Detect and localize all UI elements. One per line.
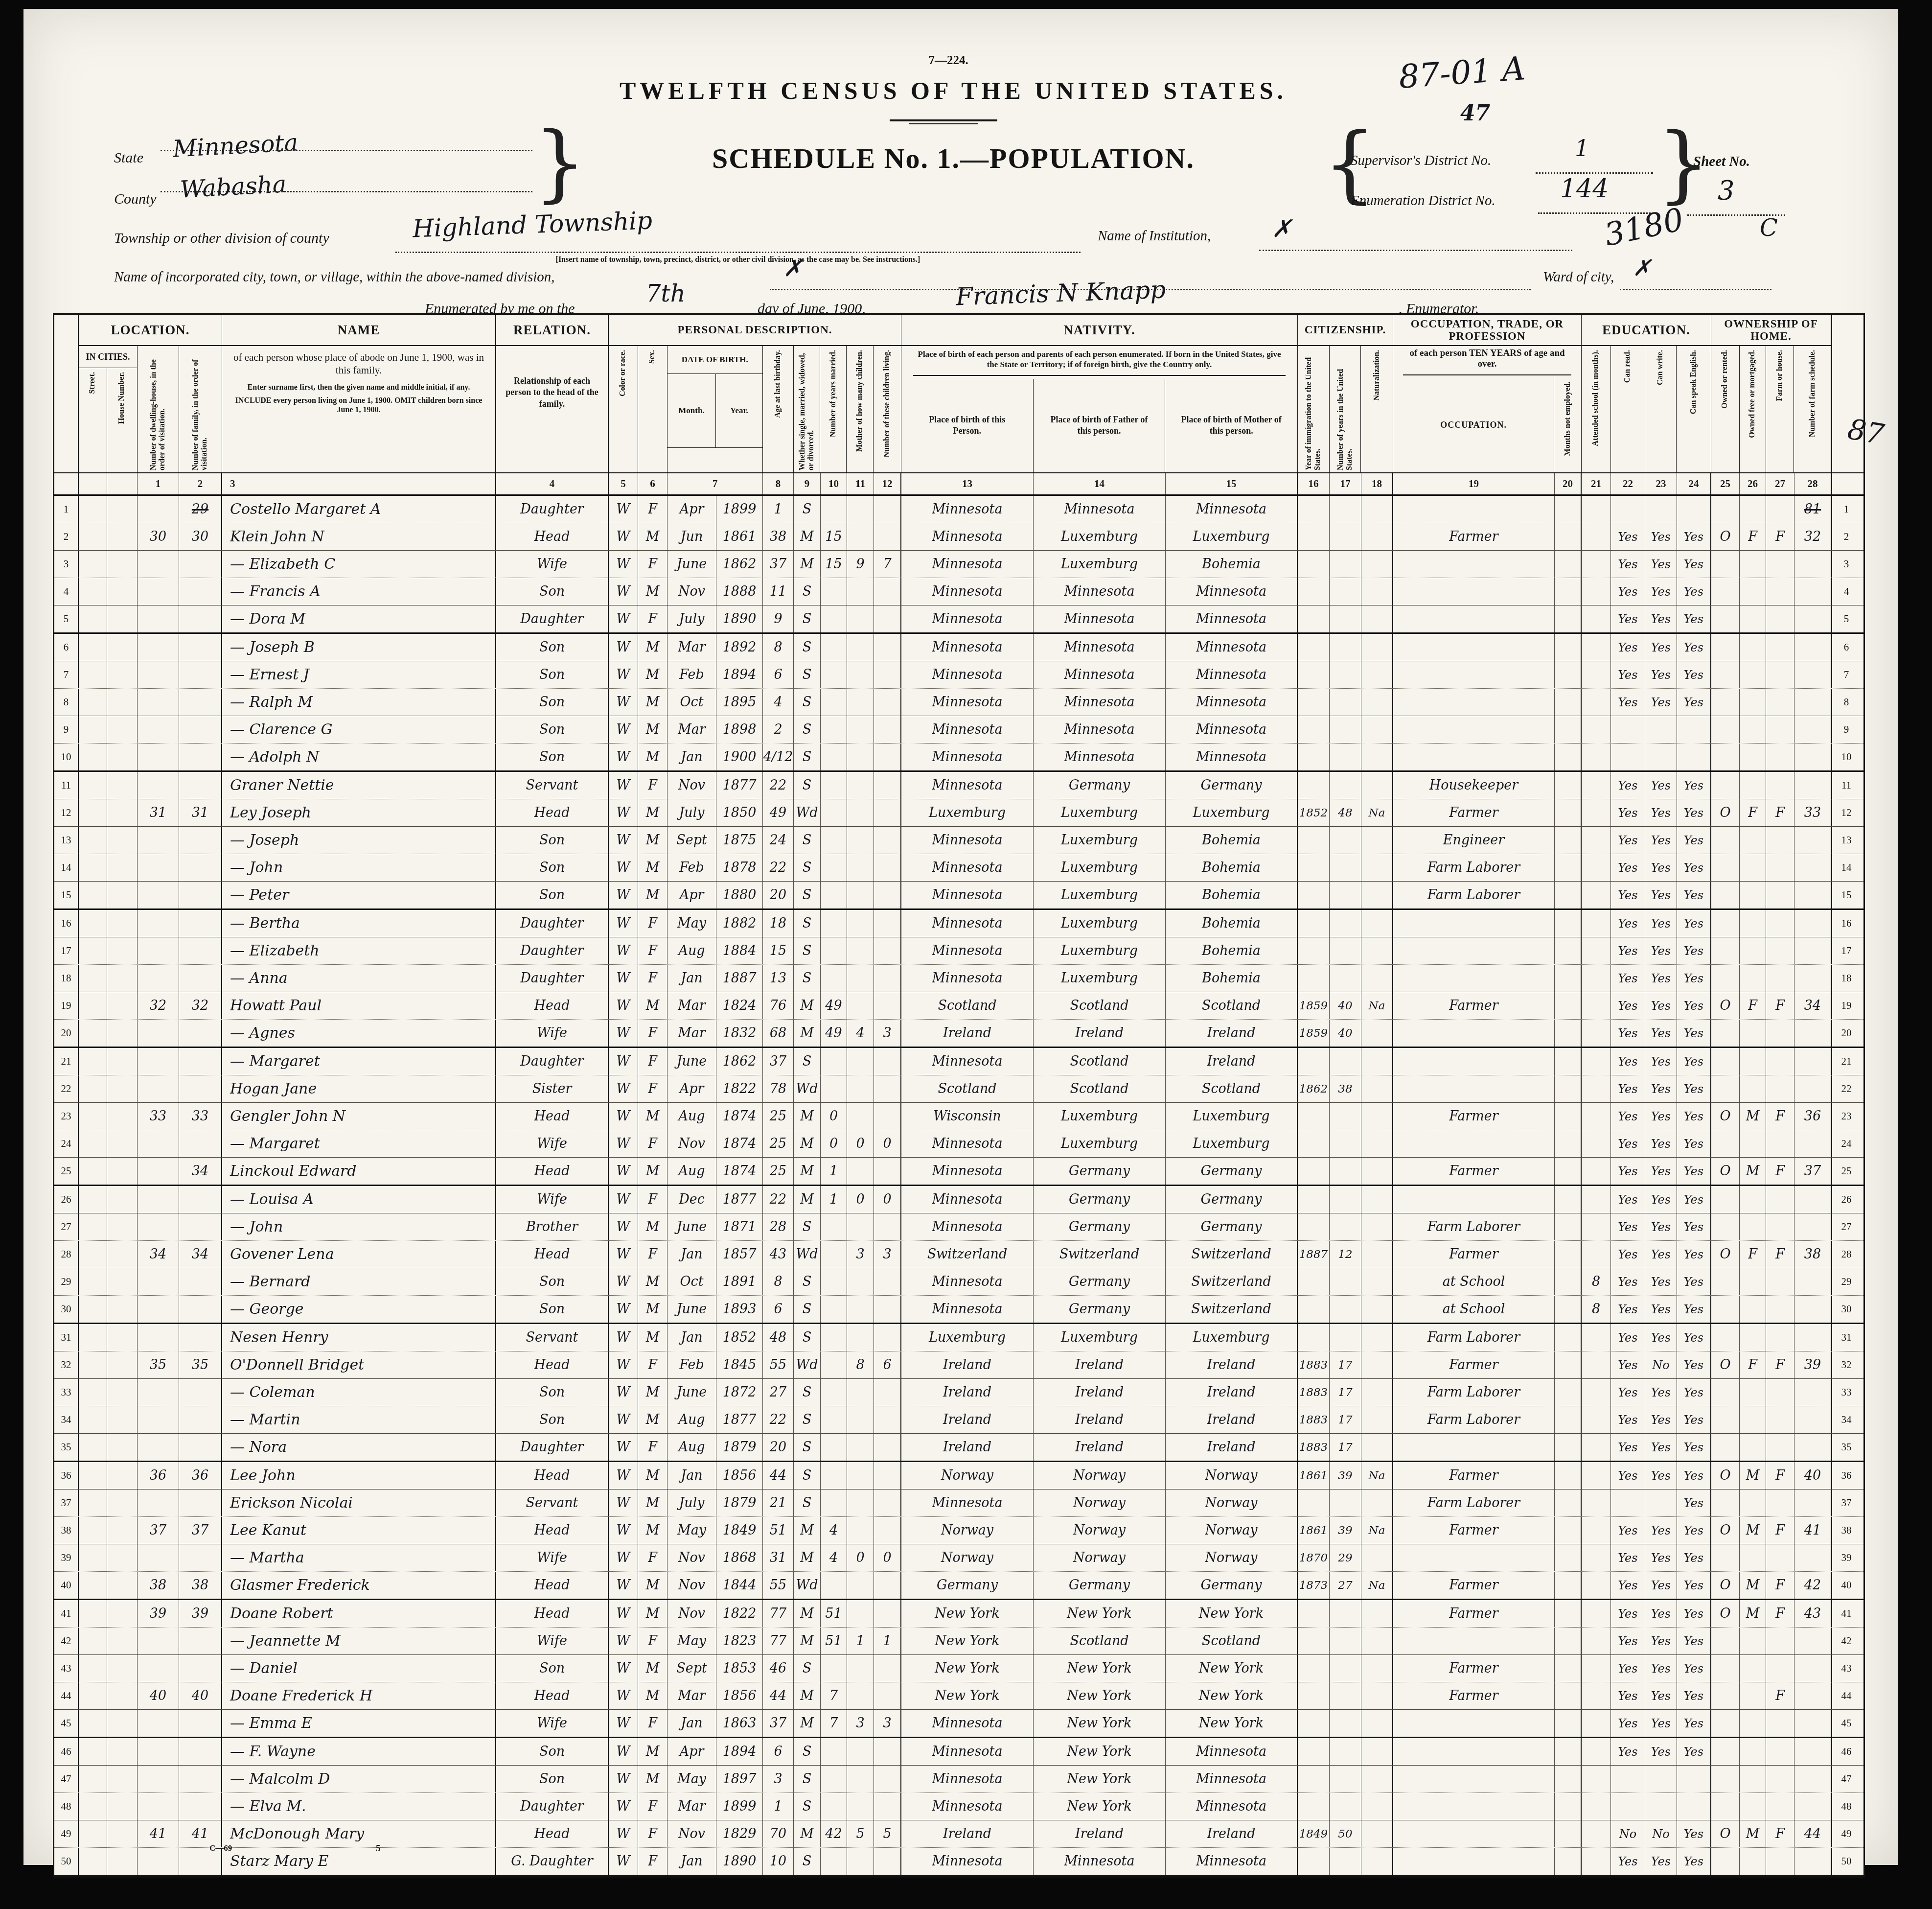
cell-year: 1822 [716,1600,763,1627]
cell-can_read: Yes [1611,1186,1645,1213]
cell-imm_year: 1870 [1298,1544,1330,1571]
row-number: 37 [1831,1490,1861,1516]
cell-naturalization [1361,882,1393,908]
form-number: 7—224. [899,54,997,68]
cell-can_read: Yes [1611,551,1645,578]
cell-marital: S [794,578,821,605]
table-row: 22Hogan JaneSisterWFApr182278WdScotlandS… [54,1075,1863,1103]
cell-family [179,1793,222,1820]
cell-imm_year [1298,634,1330,661]
col-immigration-label: Year of immigration to the United States… [1305,350,1322,470]
cell-years_married [821,1048,847,1075]
table-row: 129Costello Margaret ADaughterWFApr18991… [54,496,1863,523]
cell-occupation [1393,661,1555,688]
cell-dwelling [138,1213,179,1240]
cell-dwelling [138,661,179,688]
cell-years_us [1330,1628,1361,1654]
table-row: 11Graner NettieServantWFNov187722SMinnes… [54,772,1863,799]
cell-pob: Minnesota [901,1710,1034,1737]
cell-pob_mother: Minnesota [1166,605,1298,632]
cell-dwelling: 38 [138,1572,179,1599]
cell-marital: M [794,1682,821,1709]
cell-sex: M [638,1103,667,1130]
cell-farm_no: 32 [1794,523,1831,550]
cell-family [179,1213,222,1240]
cell-years_us: 39 [1330,1462,1361,1489]
cell-imm_year: 1861 [1298,1462,1330,1489]
cell-living [874,1682,901,1709]
cell-sex: F [638,1544,667,1571]
cell-house [107,1572,138,1599]
cell-can_read: Yes [1611,1572,1645,1599]
enumeration-label: Enumeration District No. [1351,193,1495,209]
cell-pob_father: Luxemburg [1034,965,1166,992]
cell-month: May [667,1628,716,1654]
cell-can_read: Yes [1611,1544,1645,1571]
cell-can_read: Yes [1611,1600,1645,1627]
cell-occupation [1393,1130,1555,1157]
cell-free [1740,854,1766,881]
cell-english: Yes [1677,1020,1711,1047]
cell-farm_no [1794,1324,1831,1351]
cell-months_unemployed [1555,1572,1582,1599]
cell-pob_father: Luxemburg [1034,551,1166,578]
cell-months_unemployed [1555,1213,1582,1240]
cell-farm_no [1794,910,1831,937]
cell-month: May [667,1517,716,1544]
cell-farm: F [1766,1517,1794,1544]
cell-house [107,854,138,881]
table-row: 17— ElizabethDaughterWFAug188415SMinneso… [54,937,1863,965]
table-row: 363636Lee JohnHeadWMJan185644SNorwayNorw… [54,1462,1863,1490]
cell-can_read: Yes [1611,1075,1645,1102]
group-location: LOCATION. IN CITIES. Street. House Numbe… [79,315,222,472]
cell-can_write: Yes [1645,1186,1677,1213]
cell-pob: Minnesota [901,1848,1034,1875]
cell-years_us: 17 [1330,1434,1361,1461]
cell-pob_mother: Luxemburg [1166,523,1298,550]
cell-family: 29 [179,496,222,523]
cell-can_write [1645,496,1677,523]
row-number: 34 [1831,1406,1861,1433]
row-number: 23 [54,1103,79,1130]
cell-farm_no [1794,661,1831,688]
cell-year: 1898 [716,716,763,743]
col-occupation-label: OCCUPATION. [1393,377,1554,472]
cell-pob_father: Luxemburg [1034,1130,1166,1157]
cell-months_unemployed [1555,827,1582,854]
cell-mother_of [847,661,874,688]
cell-color: W [609,965,638,992]
cell-pob_mother: Minnesota [1166,496,1298,523]
cell-house [107,1296,138,1323]
cell-can_read: Yes [1611,1655,1645,1682]
cell-months_unemployed [1555,854,1582,881]
cell-pob_mother: Minnesota [1166,1848,1298,1875]
education-title: EDUCATION. [1582,315,1711,346]
column-number: 14 [1034,473,1166,494]
cell-sex: M [638,634,667,661]
cell-living [874,716,901,743]
cell-imm_year [1298,578,1330,605]
row-number: 34 [54,1406,79,1433]
cell-years_married [821,1351,847,1378]
cell-farm [1766,1628,1794,1654]
cell-naturalization [1361,1738,1393,1765]
col-street-label: Street. [88,372,97,394]
cell-dwelling [138,1158,179,1185]
cell-naturalization [1361,910,1393,937]
cell-name: — Elizabeth [222,937,496,964]
cell-dwelling [138,1766,179,1793]
cell-can_read: Yes [1611,1103,1645,1130]
cell-living: 7 [874,551,901,578]
cell-school [1582,1406,1611,1433]
row-number: 35 [1831,1434,1861,1461]
cell-year: 1861 [716,523,763,550]
cell-farm [1766,1186,1794,1213]
cell-color: W [609,1130,638,1157]
cell-occupation: Farm Laborer [1393,1490,1555,1516]
cell-pob_mother: Minnesota [1166,661,1298,688]
cell-month: Aug [667,1103,716,1130]
cell-house [107,1103,138,1130]
cell-age: 20 [763,1434,794,1461]
col-house-label: House Number. [117,372,126,424]
cell-can_write: Yes [1645,1462,1677,1489]
cell-owned [1711,1296,1740,1323]
cell-mother_of [847,496,874,523]
cell-imm_year [1298,1186,1330,1213]
group-ownership: OWNERSHIP OF HOME. Owned or rented. Owne… [1711,315,1831,472]
cell-relation: Servant [496,1324,609,1351]
table-row: 48— Elva M.DaughterWFMar18991SMinnesotaN… [54,1793,1863,1820]
cell-year: 1900 [716,744,763,770]
cell-occupation [1393,937,1555,964]
cell-years_married [821,854,847,881]
cell-sex: M [638,1517,667,1544]
cell-years_married [821,1296,847,1323]
col-naturalization-label: Naturalization. [1373,350,1381,401]
name-desc-1: of each person whose place of abode on J… [229,351,488,377]
cell-mother_of [847,1793,874,1820]
cell-sex: M [638,689,667,716]
cell-school [1582,937,1611,964]
cell-english: Yes [1677,772,1711,799]
cell-year: 1894 [716,1738,763,1765]
cell-sex: F [638,1434,667,1461]
cell-imm_year [1298,1628,1330,1654]
cell-sex: F [638,496,667,523]
cell-marital: S [794,716,821,743]
column-number: 9 [794,473,821,494]
cell-street [79,1490,107,1516]
cell-can_read: Yes [1611,1462,1645,1489]
cell-month: Jun [667,523,716,550]
cell-family: 30 [179,523,222,550]
row-number: 2 [1831,523,1861,550]
column-number: 21 [1582,473,1611,494]
row-number: 31 [1831,1324,1861,1351]
cell-family [179,744,222,770]
cell-occupation: Farmer [1393,1682,1555,1709]
cell-farm_no [1794,1020,1831,1047]
row-number: 22 [1831,1075,1861,1102]
cell-years_married: 15 [821,523,847,550]
group-nativity: NATIVITY. Place of birth of each person … [901,315,1298,472]
cell-pob_father: Ireland [1034,1020,1166,1047]
cell-farm_no [1794,744,1831,770]
table-row: 413939Doane RobertHeadWMNov182277M51New … [54,1600,1863,1628]
cell-dwelling [138,1848,179,1875]
cell-owned [1711,1020,1740,1047]
cell-mother_of [847,799,874,826]
cell-owned [1711,772,1740,799]
ownership-title: OWNERSHIP OF HOME. [1711,315,1831,346]
cell-house [107,827,138,854]
cell-english [1677,496,1711,523]
cell-sex: F [638,1020,667,1047]
cell-pob: Minnesota [901,1268,1034,1295]
cell-years_us [1330,1793,1361,1820]
cell-age: 55 [763,1572,794,1599]
cell-color: W [609,578,638,605]
print-number-bottom: 5 [376,1843,381,1854]
cell-free [1740,716,1766,743]
cell-name: — Emma E [222,1710,496,1737]
cell-month: Jan [667,1462,716,1489]
cell-age: 6 [763,1738,794,1765]
row-number: 13 [1831,827,1861,854]
cell-years_married [821,1655,847,1682]
cell-can_write: Yes [1645,1048,1677,1075]
cell-pob_father: Germany [1034,1213,1166,1240]
cell-imm_year [1298,1848,1330,1875]
occupation-desc: of each person TEN YEARS of age and over… [1403,348,1571,375]
cell-naturalization [1361,605,1393,632]
table-row: 50Starz Mary EG. DaughterWFJan189010SMin… [54,1848,1863,1876]
cell-living: 0 [874,1130,901,1157]
cell-free [1740,1186,1766,1213]
stamp-sub: 47 [1460,101,1490,126]
cell-owned [1711,1268,1740,1295]
cell-pob_mother: Norway [1166,1490,1298,1516]
cell-farm [1766,1793,1794,1820]
cell-sex: F [638,965,667,992]
cell-owned [1711,578,1740,605]
cell-years_us [1330,523,1361,550]
cell-relation: Daughter [496,605,609,632]
cell-year: 1891 [716,1268,763,1295]
cell-year: 1824 [716,992,763,1019]
cell-years_us [1330,1710,1361,1737]
cell-owned [1711,551,1740,578]
cell-can_read: Yes [1611,772,1645,799]
cell-farm [1766,1490,1794,1516]
cell-pob_father: Ireland [1034,1820,1166,1847]
cell-street [79,1268,107,1295]
cell-free [1740,1268,1766,1295]
row-number: 19 [54,992,79,1019]
cell-pob_mother: Minnesota [1166,1793,1298,1820]
cell-owned [1711,1766,1740,1793]
cell-pob_father: Minnesota [1034,578,1166,605]
cell-pob: Minnesota [901,965,1034,992]
cell-name: — F. Wayne [222,1738,496,1765]
cell-marital: S [794,1434,821,1461]
cell-marital: S [794,1296,821,1323]
cell-name: — Elva M. [222,1793,496,1820]
cell-pob: Minnesota [901,1793,1034,1820]
cell-occupation: Farmer [1393,1241,1555,1268]
cell-sex: F [638,1820,667,1847]
cell-age: 49 [763,799,794,826]
cell-pob_mother: Luxemburg [1166,1324,1298,1351]
row-number: 7 [1831,661,1861,688]
cell-dwelling [138,882,179,908]
row-number: 4 [54,578,79,605]
cell-pob_mother: Norway [1166,1462,1298,1489]
cell-owned [1711,827,1740,854]
cell-can_write: Yes [1645,1682,1677,1709]
cell-age: 10 [763,1848,794,1875]
cell-marital: S [794,1213,821,1240]
cell-months_unemployed [1555,1020,1582,1047]
cell-pob: Minnesota [901,523,1034,550]
cell-pob_mother: Bohemia [1166,937,1298,964]
cell-month: Nov [667,1600,716,1627]
cell-dwelling: 32 [138,992,179,1019]
cell-age: 37 [763,1048,794,1075]
cell-farm_no [1794,1544,1831,1571]
cell-pob_father: Minnesota [1034,689,1166,716]
cell-school [1582,578,1611,605]
cell-year: 1874 [716,1130,763,1157]
cell-english: Yes [1677,1600,1711,1627]
cell-relation: Son [496,716,609,743]
cell-farm: F [1766,1241,1794,1268]
cell-house [107,1517,138,1544]
cell-occupation [1393,496,1555,523]
institution-value: ✗ [1271,214,1292,243]
cell-owned [1711,1544,1740,1571]
cell-pob: Minnesota [901,1158,1034,1185]
cell-farm_no [1794,578,1831,605]
cell-occupation [1393,1766,1555,1793]
cell-years_us [1330,1048,1361,1075]
cell-relation: Daughter [496,496,609,523]
cell-years_us: 48 [1330,799,1361,826]
cell-pob: Norway [901,1517,1034,1544]
cell-living [874,744,901,770]
cell-family: 34 [179,1241,222,1268]
cell-sex: M [638,992,667,1019]
row-number: 44 [54,1682,79,1709]
cell-farm_no [1794,1075,1831,1102]
col-farm-house-label: Farm or house. [1775,350,1784,401]
cell-years_married: 4 [821,1517,847,1544]
cell-years_married [821,937,847,964]
cell-living [874,634,901,661]
cell-school [1582,772,1611,799]
cell-house [107,605,138,632]
cell-pob_mother: Switzerland [1166,1296,1298,1323]
cell-street [79,689,107,716]
cell-pob_father: New York [1034,1682,1166,1709]
cell-farm: F [1766,992,1794,1019]
cell-family: 32 [179,992,222,1019]
cell-owned: O [1711,799,1740,826]
cell-living [874,1213,901,1240]
cell-dwelling [138,1130,179,1157]
column-number: 6 [638,473,667,494]
cell-living [874,1848,901,1875]
table-row: 42— Jeannette MWifeWFMay182377M5111New Y… [54,1628,1863,1655]
cell-school [1582,689,1611,716]
cell-marital: S [794,882,821,908]
cell-free: M [1740,1158,1766,1185]
cell-color: W [609,1462,638,1489]
row-number: 16 [54,910,79,937]
cell-marital: M [794,992,821,1019]
cell-sex: F [638,1710,667,1737]
cell-house [107,1793,138,1820]
cell-free [1740,1075,1766,1102]
cell-farm_no [1794,1213,1831,1240]
cell-months_unemployed [1555,744,1582,770]
cell-street [79,716,107,743]
cell-occupation: Farmer [1393,1351,1555,1378]
cell-color: W [609,744,638,770]
cell-month: Aug [667,1434,716,1461]
row-number: 36 [54,1462,79,1489]
cell-color: W [609,689,638,716]
cell-farm [1766,1655,1794,1682]
cell-house [107,1048,138,1075]
county-label: County [114,191,157,208]
cell-farm_no [1794,1710,1831,1737]
cell-street [79,910,107,937]
cell-marital: S [794,1655,821,1682]
cell-sex: M [638,1158,667,1185]
cell-school [1582,1793,1611,1820]
cell-farm [1766,578,1794,605]
cell-occupation [1393,1048,1555,1075]
cell-living: 1 [874,1628,901,1654]
cell-age: 77 [763,1628,794,1654]
state-label: State [114,150,143,166]
cell-imm_year [1298,689,1330,716]
cell-age: 8 [763,1268,794,1295]
cell-can_write: Yes [1645,1710,1677,1737]
cell-imm_year: 1862 [1298,1075,1330,1102]
cell-year: 1871 [716,1213,763,1240]
cell-can_read: Yes [1611,827,1645,854]
cell-family: 40 [179,1682,222,1709]
cell-family: 36 [179,1462,222,1489]
cell-house [107,661,138,688]
row-number: 47 [1831,1766,1861,1793]
cell-age: 55 [763,1351,794,1378]
cell-owned [1711,496,1740,523]
table-row: 9— Clarence GSonWMMar18982SMinnesotaMinn… [54,716,1863,744]
cell-pob: Minnesota [901,578,1034,605]
cell-family [179,689,222,716]
cell-years_married: 7 [821,1710,847,1737]
cell-pob_father: New York [1034,1600,1166,1627]
cell-school [1582,1158,1611,1185]
cell-school [1582,882,1611,908]
